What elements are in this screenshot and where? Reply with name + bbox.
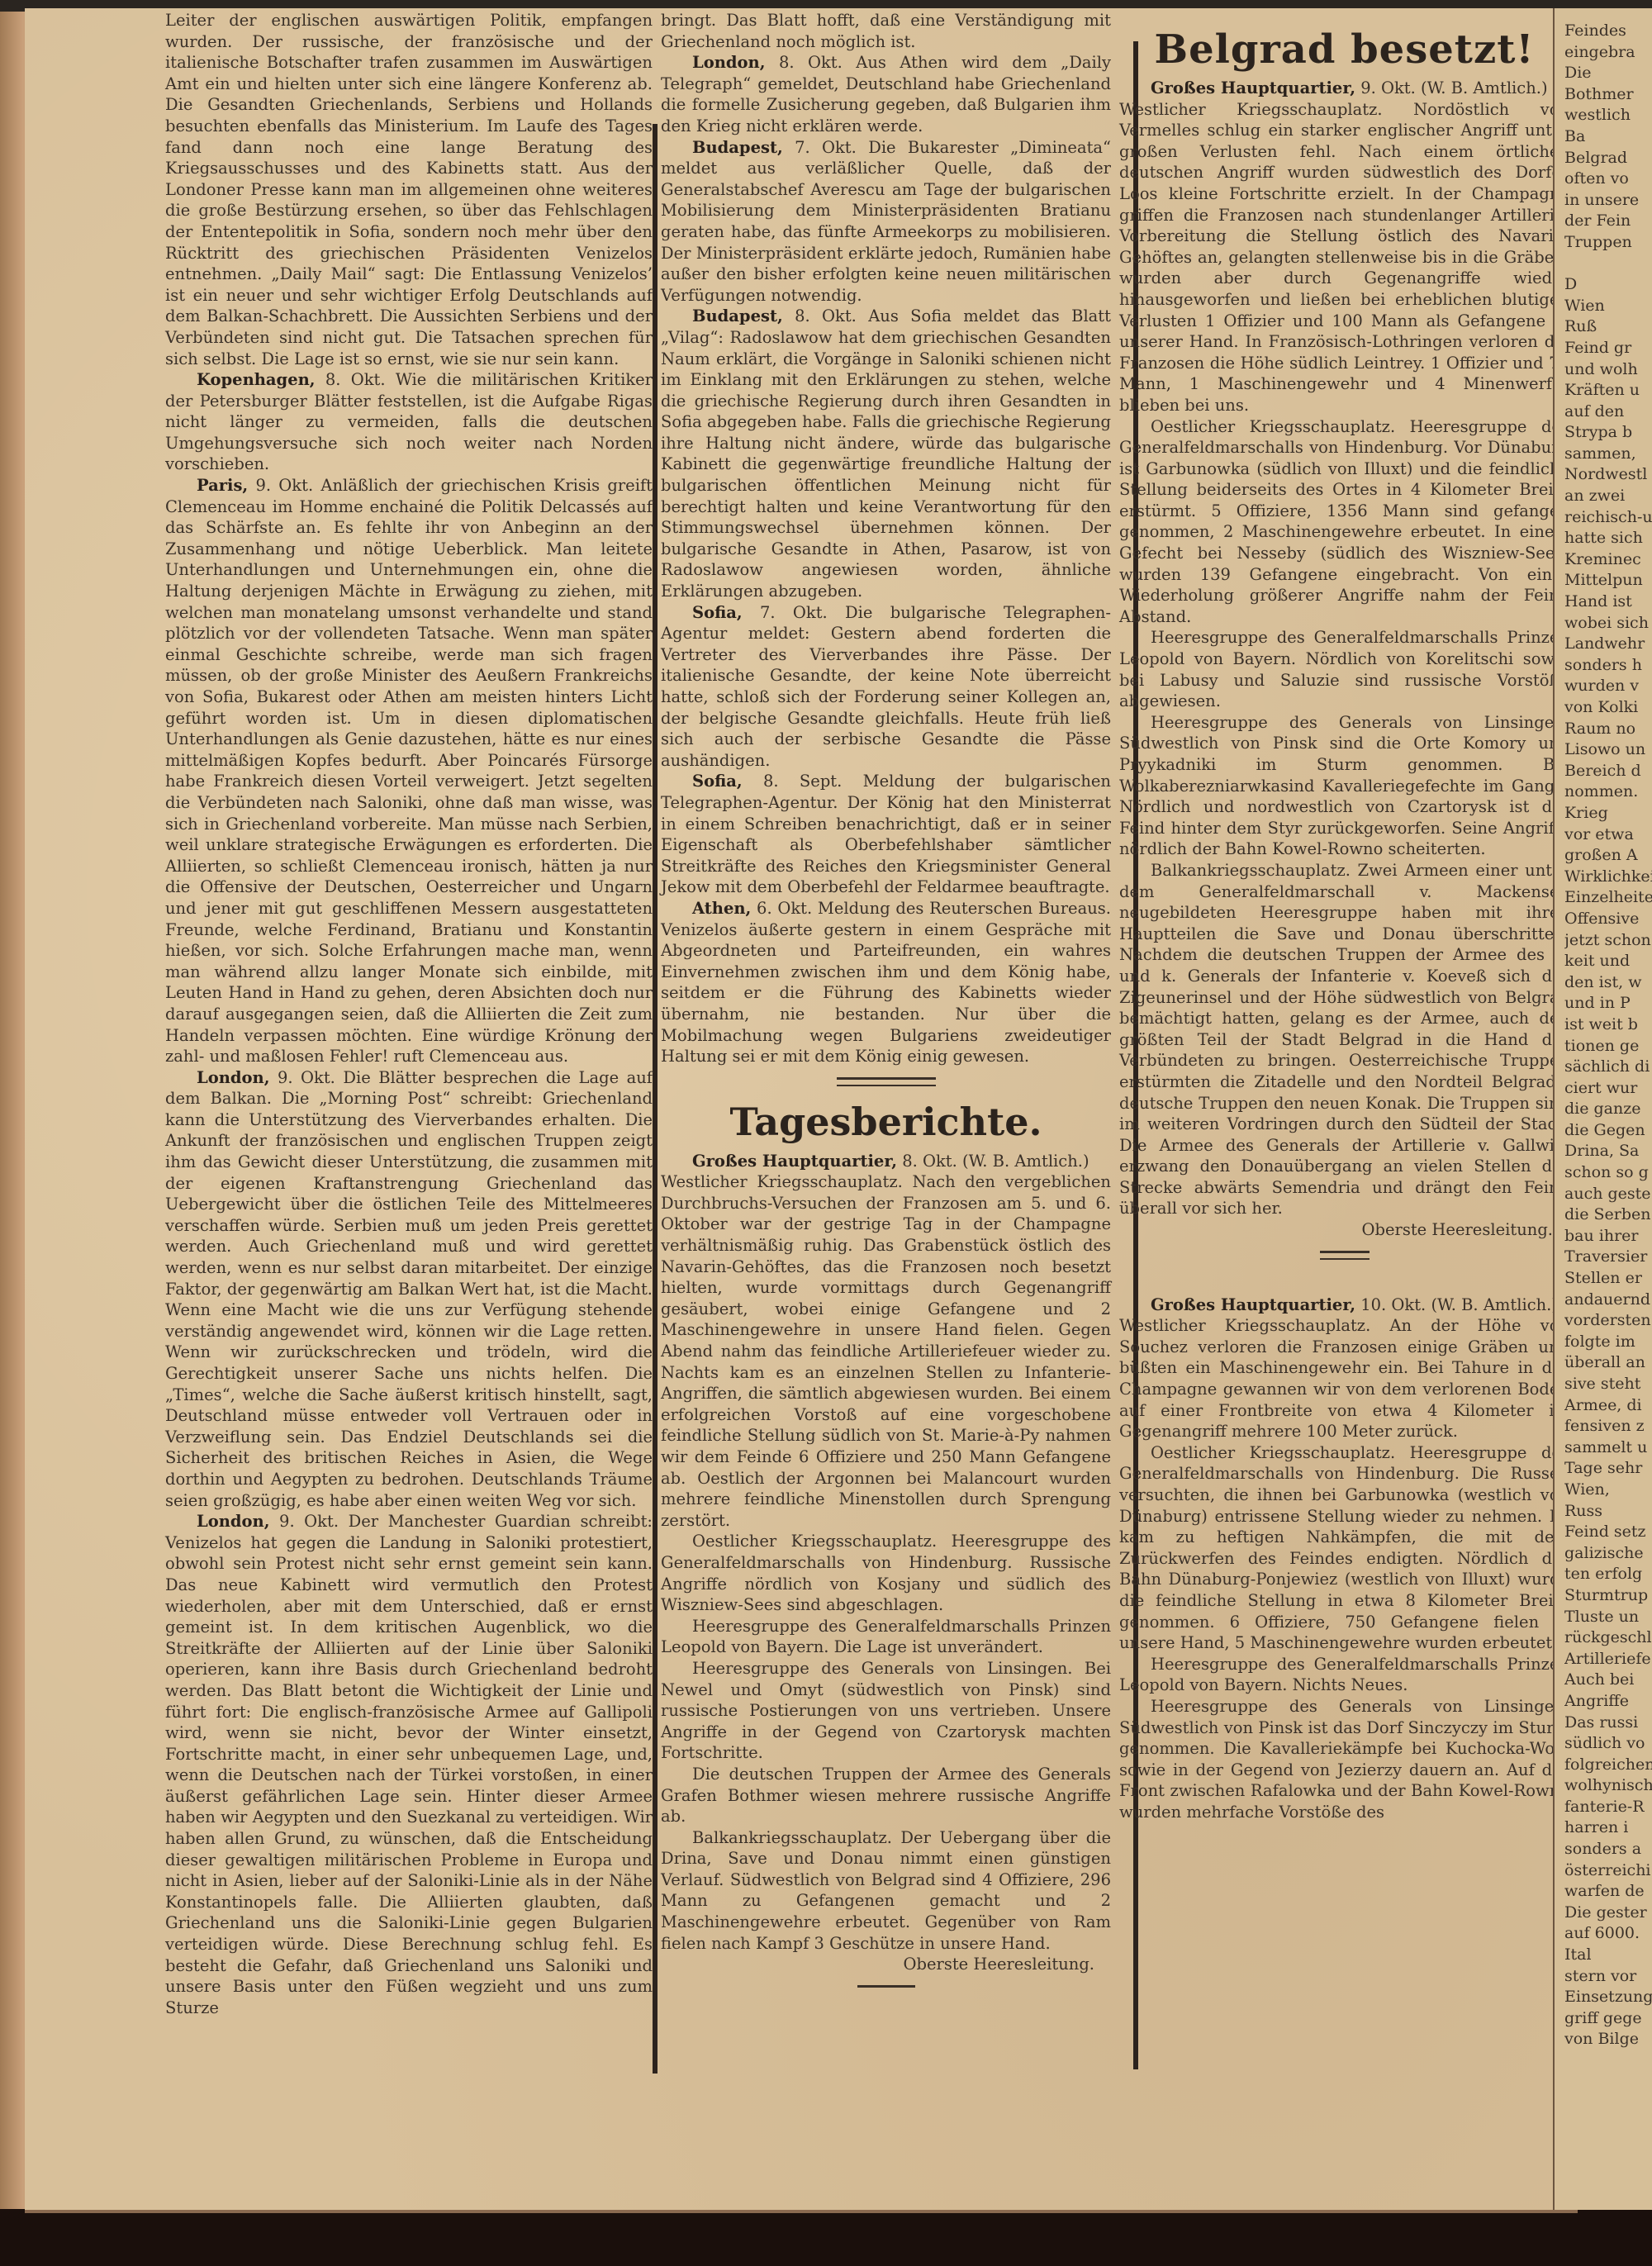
article-paragraph: London, 9. Okt. Der Manchester Guardian … <box>165 1511 653 2018</box>
partial-line: wobei sich <box>1564 613 1652 634</box>
article-paragraph: Budapest, 8. Okt. Aus Sofia meldet das B… <box>661 306 1111 601</box>
dateline: London, <box>197 1512 270 1531</box>
report-paragraph: Heeresgruppe des Generalfeldmarschalls P… <box>1119 1654 1569 1696</box>
article-paragraph: bringt. Das Blatt hofft, daß eine Verstä… <box>661 10 1111 52</box>
partial-line: Feind setz <box>1564 1522 1652 1543</box>
partial-line: Drina, Sa <box>1564 1141 1652 1162</box>
article-paragraph: London, 9. Okt. Die Blätter besprechen d… <box>165 1067 653 1511</box>
article-paragraph: Athen, 6. Okt. Meldung des Reuterschen B… <box>661 898 1111 1067</box>
partial-line: Auch bei <box>1564 1670 1652 1691</box>
column-4-partial: FeindeseingebraDieBothmerwestlichBaBelgr… <box>1564 21 1652 2050</box>
partial-line: Feindes <box>1564 21 1652 42</box>
partial-line: andauernd <box>1564 1290 1652 1311</box>
partial-line: tionen ge <box>1564 1036 1652 1057</box>
report-paragraph: Die deutschen Truppen der Armee des Gene… <box>661 1764 1111 1827</box>
partial-line: Die <box>1564 63 1652 84</box>
partial-line: die Serben <box>1564 1204 1652 1226</box>
partial-line: Truppen <box>1564 232 1652 254</box>
partial-line: Nordwestl <box>1564 464 1652 486</box>
partial-line: an zwei <box>1564 486 1652 507</box>
partial-line: Sturmtrup <box>1564 1585 1652 1607</box>
partial-line: vordersten <box>1564 1310 1652 1332</box>
partial-line: Kreminec <box>1564 549 1652 571</box>
report-paragraph: Oestlicher Kriegsschauplatz. Heeresgrupp… <box>1119 1442 1569 1654</box>
report-paragraph: Westlicher Kriegsschauplatz. An der Höhe… <box>1119 1315 1569 1442</box>
partial-line: reichisch-u <box>1564 507 1652 529</box>
dateline: Sofia, <box>692 772 743 791</box>
partial-line: Krieg <box>1564 803 1652 824</box>
partial-line: Armee, di <box>1564 1395 1652 1417</box>
end-divider <box>857 1985 915 1989</box>
body-text: Aus Sofia meldet das Blatt „Vilag“: Rado… <box>661 306 1111 601</box>
partial-line: Einsetzung <box>1564 1987 1652 2008</box>
partial-line: Feind gr <box>1564 338 1652 359</box>
partial-line: in unsere <box>1564 190 1652 211</box>
partial-line: sammen, <box>1564 444 1652 465</box>
partial-line: sammelt u <box>1564 1437 1652 1459</box>
report-date: 10. Okt. (W. B. Amtlich.) <box>1360 1295 1558 1314</box>
partial-line: eingebra <box>1564 42 1652 64</box>
partial-line: wolhynisch <box>1564 1775 1652 1797</box>
report-paragraph: Heeresgruppe des Generals von Linsingen.… <box>1119 1696 1569 1823</box>
partial-line: vor etwa <box>1564 824 1652 846</box>
article-paragraph: London, 8. Okt. Aus Athen wird dem „Dail… <box>661 52 1111 136</box>
partial-line: auf den <box>1564 401 1652 423</box>
article-paragraph: Kopenhagen, 8. Okt. Wie die militärische… <box>165 369 653 475</box>
partial-line: Landwehr <box>1564 634 1652 655</box>
section-divider <box>837 1077 936 1086</box>
article-paragraph: Paris, 9. Okt. Anläßlich der griechische… <box>165 475 653 1067</box>
partial-line: Strypa b <box>1564 422 1652 444</box>
dateline: Paris, <box>197 476 248 495</box>
partial-line: D <box>1564 274 1652 296</box>
report-paragraph: Oestlicher Kriegsschauplatz. Heeresgrupp… <box>1119 416 1569 628</box>
partial-line: die ganze <box>1564 1099 1652 1120</box>
partial-line: folgreichen <box>1564 1755 1652 1776</box>
partial-line: griff gege <box>1564 2008 1652 2030</box>
report-paragraph: Balkankriegsschauplatz. Zwei Armeen eine… <box>1119 860 1569 1219</box>
partial-line: Wirklichkei <box>1564 867 1652 888</box>
partial-line: nommen. <box>1564 781 1652 803</box>
column-2: bringt. Das Blatt hofft, daß eine Verstä… <box>661 10 1111 1999</box>
partial-line: Einzelheite <box>1564 887 1652 909</box>
partial-line: Das russi <box>1564 1713 1652 1734</box>
date: 7. Okt. <box>795 138 857 157</box>
partial-line: fensiven z <box>1564 1416 1652 1437</box>
body-text: Der Manchester Guardian schreibt: Venize… <box>165 1512 653 2017</box>
article-paragraph: Sofia, 7. Okt. Die bulgarische Telegraph… <box>661 602 1111 772</box>
partial-line: von Bilge <box>1564 2029 1652 2050</box>
partial-line: Belgrad <box>1564 148 1652 169</box>
report-date: 9. Okt. (W. B. Amtlich.) <box>1360 78 1547 97</box>
partial-line: ist weit b <box>1564 1014 1652 1036</box>
body-text: Meldung des Reuterschen Bureaus. Venizel… <box>661 899 1111 1066</box>
report-header: Großes Hauptquartier, 10. Okt. (W. B. Am… <box>1119 1295 1569 1316</box>
partial-line: und in P <box>1564 993 1652 1014</box>
report-signature: Oberste Heeresleitung. <box>661 1954 1111 1975</box>
partial-line: stern vor <box>1564 1966 1652 1988</box>
section-heading-tagesberichte: Tagesberichte. <box>661 1096 1111 1147</box>
partial-line: die Gegen <box>1564 1120 1652 1142</box>
partial-line: auf 6000. <box>1564 1923 1652 1945</box>
partial-line: Artilleriefe <box>1564 1649 1652 1670</box>
partial-line: ciert wur <box>1564 1078 1652 1100</box>
report-paragraph: Heeresgruppe des Generals von Linsingen.… <box>1119 712 1569 860</box>
partial-line: harren i <box>1564 1817 1652 1839</box>
date: 9. Okt. <box>255 476 313 495</box>
report-paragraph: Heeresgruppe des Generalfeldmarschalls P… <box>661 1616 1111 1658</box>
dateline: Budapest, <box>692 138 783 157</box>
partial-line: Ba <box>1564 126 1652 148</box>
body-text: Anläßlich der griechischen Krisis greift… <box>165 476 653 1066</box>
partial-line: jetzt schon <box>1564 930 1652 952</box>
date: 8. Okt. <box>779 53 843 72</box>
partial-line: ten erfolg <box>1564 1564 1652 1585</box>
column-rule-1 <box>653 124 657 2074</box>
partial-line: den ist, w <box>1564 972 1652 994</box>
partial-line: rückgeschla <box>1564 1627 1652 1649</box>
date: 8. Okt. <box>795 306 857 325</box>
dateline: Sofia, <box>692 603 743 622</box>
partial-line: wurden v <box>1564 676 1652 697</box>
partial-line: warfen de <box>1564 1881 1652 1903</box>
article-paragraph: Leiter der englischen auswärtigen Politi… <box>165 10 653 369</box>
dateline: London, <box>692 53 766 72</box>
partial-line: auch geste <box>1564 1184 1652 1205</box>
partial-line: Bereich d <box>1564 761 1652 782</box>
report-date: 8. Okt. (W. B. Amtlich.) <box>902 1152 1089 1171</box>
partial-line: Wien, <box>1564 1480 1652 1501</box>
partial-line: hatte sich <box>1564 528 1652 549</box>
partial-line: sive steht <box>1564 1374 1652 1395</box>
body-text: Die Bukarester „Dimineata“ meldet aus ve… <box>661 138 1111 305</box>
partial-line: Traversier <box>1564 1247 1652 1268</box>
column-1: Leiter der englischen auswärtigen Politi… <box>165 10 653 2018</box>
partial-line: schon so g <box>1564 1162 1652 1184</box>
partial-line: Angriffe <box>1564 1691 1652 1713</box>
partial-line: fanterie-R <box>1564 1797 1652 1818</box>
partial-line: westlich <box>1564 105 1652 126</box>
report-paragraph: Westlicher Kriegsschauplatz. Nordöstlich… <box>1119 99 1569 416</box>
dateline: Budapest, <box>692 306 783 325</box>
column-3: Belgrad besetzt! Großes Hauptquartier, 9… <box>1119 25 1569 1823</box>
article-paragraph: Sofia, 8. Sept. Meldung der bulgarischen… <box>661 771 1111 898</box>
date: 8. Sept. <box>763 772 842 791</box>
report-paragraph: Balkankriegsschauplatz. Der Uebergang üb… <box>661 1827 1111 1955</box>
newspaper-page: Leiter der englischen auswärtigen Politi… <box>25 8 1578 2213</box>
partial-line: Die gester <box>1564 1903 1652 1924</box>
partial-line: Wien <box>1564 296 1652 317</box>
partial-line: Mittelpun <box>1564 570 1652 591</box>
partial-line: galizische <box>1564 1543 1652 1565</box>
partial-line: Stellen er <box>1564 1268 1652 1290</box>
dateline: Kopenhagen, <box>197 370 316 389</box>
report-paragraph: Westlicher Kriegsschauplatz. Nach den ve… <box>661 1171 1111 1531</box>
partial-line: Bothmer <box>1564 84 1652 106</box>
dateline: London, <box>197 1068 270 1087</box>
partial-line: österreichi <box>1564 1860 1652 1882</box>
date: 9. Okt. <box>279 1512 339 1531</box>
article-paragraph: Budapest, 7. Okt. Die Bukarester „Dimine… <box>661 137 1111 306</box>
date: 7. Okt. <box>760 603 828 622</box>
partial-line: Raum no <box>1564 719 1652 740</box>
partial-line: überall an <box>1564 1352 1652 1374</box>
report-source: Großes Hauptquartier, <box>1151 78 1355 97</box>
partial-line: sächlich di <box>1564 1057 1652 1078</box>
partial-line: Tluste un <box>1564 1607 1652 1628</box>
partial-line: Lisowo un <box>1564 739 1652 761</box>
report-paragraph: Oestlicher Kriegsschauplatz. Heeresgrupp… <box>661 1531 1111 1615</box>
headline-belgrad-besetzt: Belgrad besetzt! <box>1119 25 1569 74</box>
date: 9. Okt. <box>278 1068 335 1087</box>
partial-line: often vo <box>1564 169 1652 190</box>
dateline: Athen, <box>692 899 751 918</box>
section-divider <box>1320 1251 1370 1260</box>
partial-line: südlich vo <box>1564 1733 1652 1755</box>
partial-line: Ital <box>1564 1945 1652 1966</box>
report-source: Großes Hauptquartier, <box>1151 1295 1355 1314</box>
partial-line: Russ <box>1564 1501 1652 1523</box>
report-signature: Oberste Heeresleitung. <box>1119 1219 1569 1241</box>
partial-line <box>1564 254 1652 275</box>
report-header: Großes Hauptquartier, 9. Okt. (W. B. Amt… <box>1119 78 1569 99</box>
partial-line: Ruß <box>1564 316 1652 338</box>
adjacent-page: FeindeseingebraDieBothmerwestlichBaBelgr… <box>1553 8 1652 2210</box>
partial-line: großen A <box>1564 845 1652 867</box>
date: 6. Okt. <box>757 899 812 918</box>
report-paragraph: Heeresgruppe des Generals von Linsingen.… <box>661 1658 1111 1764</box>
partial-line: von Kolki <box>1564 697 1652 719</box>
report-header: Großes Hauptquartier, 8. Okt. (W. B. Amt… <box>661 1151 1111 1172</box>
partial-line: sonders h <box>1564 655 1652 677</box>
body-text: Die Blätter besprechen die Lage auf dem … <box>165 1068 653 1510</box>
partial-line: Tage sehr <box>1564 1458 1652 1480</box>
report-paragraph: Heeresgruppe des Generalfeldmarschalls P… <box>1119 627 1569 711</box>
report-source: Großes Hauptquartier, <box>692 1152 897 1171</box>
partial-line: der Fein <box>1564 211 1652 232</box>
partial-line: Kräften u <box>1564 380 1652 401</box>
body-text: Die bulgarische Telegraphen-Agentur meld… <box>661 603 1111 770</box>
date: 8. Okt. <box>325 370 386 389</box>
partial-line: bau ihrer <box>1564 1226 1652 1247</box>
partial-line: Offensive <box>1564 909 1652 930</box>
partial-line: und wolh <box>1564 359 1652 381</box>
partial-line: Hand ist <box>1564 591 1652 613</box>
partial-line: sonders a <box>1564 1839 1652 1860</box>
partial-line: keit und <box>1564 951 1652 972</box>
partial-line: folgte im <box>1564 1332 1652 1353</box>
